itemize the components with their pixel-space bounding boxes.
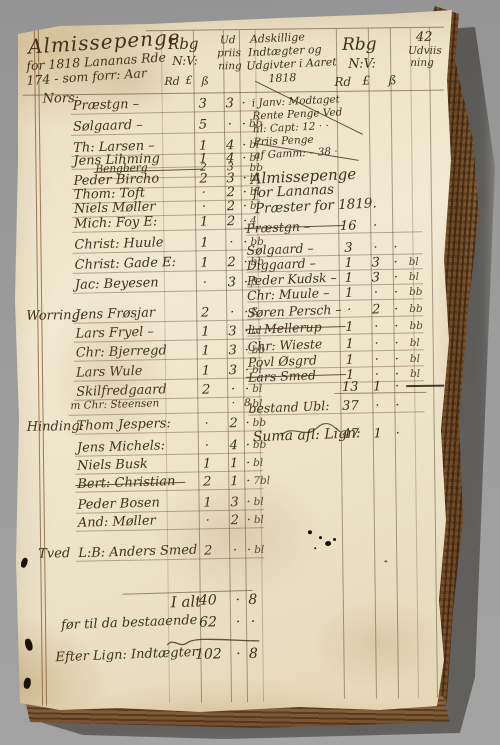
page-content: Almissepenge for 1818 Lananas Rde 174 - … <box>0 0 500 745</box>
amount-mark: 1 <box>227 474 241 489</box>
amount-skilling: · <box>238 96 250 111</box>
ledger-row-name: Mich: Foy E: <box>74 214 158 231</box>
amount-mark: 3 <box>223 96 237 111</box>
ink-blot <box>308 530 312 534</box>
amount-mark: 2 <box>225 255 239 270</box>
amount-rd: 2 <box>196 382 216 397</box>
amount-rd: 1 <box>196 343 216 358</box>
expense-col-line1: Ud <box>220 34 236 46</box>
ledger-row-name: Jens Frøsjar <box>75 305 155 322</box>
paid-mark: bl <box>410 368 440 380</box>
paid-mark: bb <box>409 303 439 315</box>
suma-flourish <box>279 423 343 440</box>
ledger-row-name: Lars Wule <box>76 364 143 381</box>
expense-col-line3: ning <box>218 60 242 72</box>
amount-rd: 2 <box>195 305 215 320</box>
folio-sub-line1: Udviis <box>408 45 442 57</box>
binding-stitch-mark <box>24 638 34 651</box>
amount-mark: 2 <box>228 513 242 528</box>
amount-rd: 1 <box>197 456 217 471</box>
amount-mark: · <box>226 382 240 397</box>
amount-mark: 2 <box>227 416 241 431</box>
paid-mark: bl <box>254 496 282 508</box>
amount-mark: 2 <box>224 185 238 200</box>
amount-mark: 3 <box>225 324 239 339</box>
amount-mark: · <box>223 117 237 132</box>
amount-rd: · <box>195 275 215 290</box>
amount-rd: 5 <box>193 117 213 132</box>
paid-mark: bl <box>409 271 439 283</box>
currency-unit-rd: Rd <box>164 75 179 88</box>
column-rule <box>161 31 170 703</box>
amount-mark: 2 <box>224 214 238 229</box>
ledger-row-name: Jens Michels: <box>77 438 166 456</box>
notes-header-line3: Udgivter i Aaret <box>246 55 337 72</box>
ledger-row-name: And: Møller <box>78 513 156 530</box>
total-rd: 40 <box>191 592 225 608</box>
ledger-row-name: Niels Busk <box>77 457 148 474</box>
amount-rd: · <box>194 185 214 200</box>
subtotal-dash <box>406 385 444 387</box>
currency-header-bank: Rbg <box>168 35 199 53</box>
amount-mark: 1 <box>227 456 241 471</box>
paper-stain <box>313 598 444 690</box>
currency-unit-skilling-right: ß <box>388 73 396 87</box>
paid-mark: bl <box>253 457 281 469</box>
ink-blot <box>384 560 387 562</box>
note-line: af Gamm: – 38 · <box>254 145 345 162</box>
amount-mark: · <box>226 397 240 409</box>
ink-blot <box>325 541 331 546</box>
notes-header-line4: 1818 <box>268 71 297 85</box>
ledger-row-name: Christ: Huule <box>74 235 163 253</box>
amount-mark: 3 <box>226 343 240 358</box>
expense-col-line2: priis <box>217 47 241 59</box>
ledger-row-name: Præstgn – <box>73 97 140 114</box>
ledger-row-name: m Chr: Steensen <box>70 397 159 412</box>
currency-unit-rd-right: Rd <box>334 75 351 89</box>
ledger-page: Almissepenge for 1818 Lananas Rde 174 - … <box>0 0 500 745</box>
amount-rd: 1 <box>198 495 218 510</box>
ledger-row-name: Jac: Beyesen <box>75 275 159 292</box>
binding-stitch-mark <box>20 557 29 568</box>
left-totals-block: I alt40·8før til da bestaaende62··Efter … <box>0 0 495 3</box>
paid-mark: bb <box>253 417 281 429</box>
amount-rd: 1 <box>195 255 215 270</box>
header-bottom-rule <box>23 90 444 96</box>
ink-blot <box>333 538 336 541</box>
total-mark: · <box>231 592 245 608</box>
currency-header-value: N:V: <box>172 54 198 68</box>
right-title-block: Almissepengefor LananasPræster for 1819. <box>0 0 495 3</box>
amount-rd: 1 <box>196 363 216 378</box>
amount-rd: · <box>197 416 217 431</box>
amount-rd: 1 <box>194 235 214 250</box>
amount-rd: 1 <box>195 324 215 339</box>
amount-mark: 2 <box>224 199 238 214</box>
totals-underline-flourish <box>163 634 263 651</box>
ink-blot <box>319 536 322 539</box>
total-rd: 62 <box>191 614 225 630</box>
currency-unit-mark-right: £ <box>362 74 370 88</box>
ledger-row-name: Sølgaard – <box>73 118 143 135</box>
right-ledger-list: Præstgn –16·Sølgaard –3··Diggaard –13·bl… <box>0 0 495 3</box>
amount-mark: · <box>224 235 238 250</box>
amount-rd: 2 <box>197 474 217 489</box>
total-skilling: · <box>246 614 260 630</box>
paid-mark: bl <box>254 514 282 526</box>
ledger-row-name: Peder Bosen <box>77 495 160 512</box>
folio-number: 42 <box>416 30 433 45</box>
currency-unit-mark: £ <box>185 74 192 87</box>
amount-rd: · <box>198 513 218 528</box>
amount-mark: 3 <box>225 275 239 290</box>
folio-sub-line2: ning <box>410 57 434 69</box>
binding-stitch-mark <box>23 677 32 689</box>
currency-header-value-right: N:V: <box>348 56 376 71</box>
amount-mark: 3 <box>226 363 240 378</box>
amount-skilling: · <box>391 426 405 441</box>
total-mark: · <box>231 614 245 630</box>
currency-unit-skilling: ß <box>201 74 209 87</box>
paid-mark: bl <box>254 544 282 556</box>
amount-mark: · <box>225 305 239 320</box>
ink-blot <box>314 547 316 549</box>
amount-rd: 2 <box>198 543 218 558</box>
amount-rd: 2 <box>194 171 214 186</box>
amount-rd: 1 <box>194 214 214 229</box>
amount-mark: 3 <box>224 171 238 186</box>
ledger-row-name: Lars Fryel – <box>75 324 154 341</box>
amount-mark: 4 <box>227 438 241 453</box>
amount-rd: · <box>194 199 214 214</box>
photograph-background: Almissepenge for 1818 Lananas Rde 174 - … <box>0 0 500 745</box>
total-label: før til da bestaaende <box>61 613 198 633</box>
section-label: Tved <box>38 546 70 561</box>
left-ledger-list: Nors:Præstgn –33·Sølgaard –5··bbTh: Lars… <box>0 0 495 3</box>
total-skilling: 8 <box>246 592 260 608</box>
paid-mark: bb <box>409 286 439 298</box>
amount-mark: 1 <box>369 426 387 441</box>
paid-mark: bl <box>409 256 439 268</box>
paid-mark: bl <box>410 337 440 349</box>
amount-rd: 3 <box>193 96 213 111</box>
paid-mark: bb <box>409 320 439 332</box>
paid-mark: 7bl <box>253 475 281 487</box>
currency-header-bank-right: Rbg <box>342 34 377 54</box>
amount-rd: · <box>197 438 217 453</box>
paid-mark: bl <box>410 353 440 365</box>
ledger-row-name: Chr: Bjerregd <box>76 343 167 361</box>
amount-mark: 3 <box>227 495 241 510</box>
amount-mark: · <box>228 543 242 558</box>
